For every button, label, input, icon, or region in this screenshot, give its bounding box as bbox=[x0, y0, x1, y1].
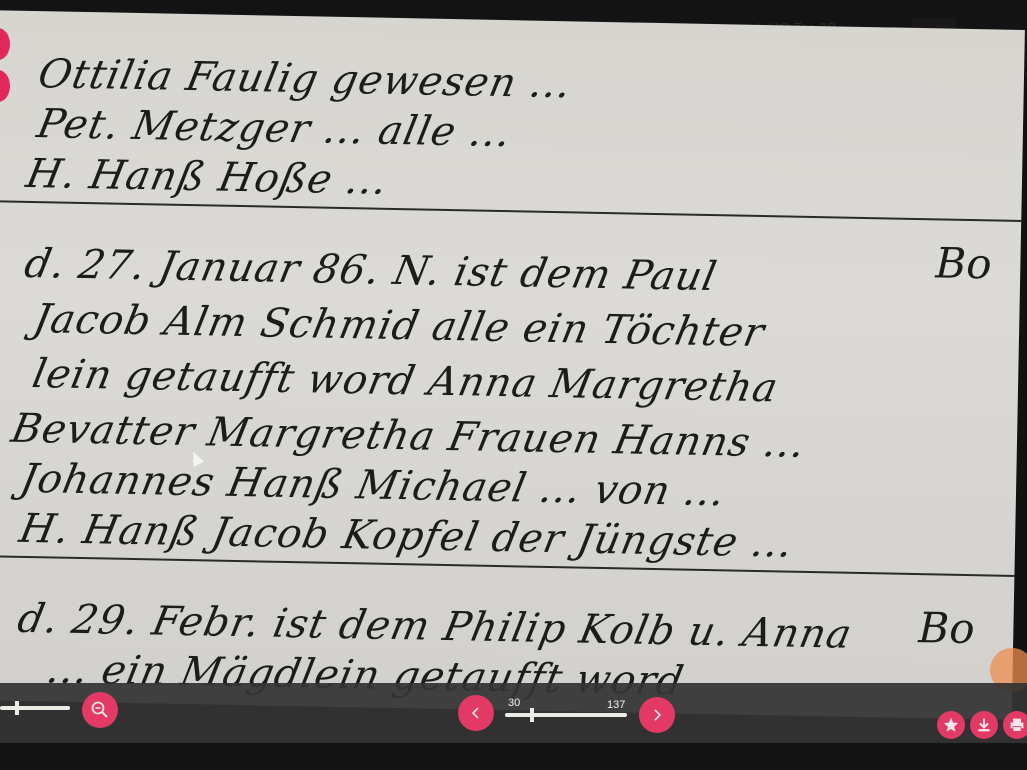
document-page-image: Ottilia Faulig gewesen ... Pet. Metzger … bbox=[0, 10, 1025, 720]
star-icon bbox=[943, 717, 959, 733]
zoom-out-button[interactable] bbox=[82, 692, 118, 728]
page-total: 137 bbox=[607, 699, 625, 711]
margin-note: Bo bbox=[935, 238, 992, 288]
next-page-button[interactable] bbox=[639, 697, 675, 733]
page-slider-thumb[interactable] bbox=[530, 708, 534, 722]
favorite-button[interactable] bbox=[937, 711, 965, 739]
chevron-left-icon bbox=[469, 706, 483, 720]
handwritten-line: Johannes Hanß Michael ... von ... bbox=[17, 456, 730, 515]
page-current: 30 bbox=[508, 697, 520, 709]
download-icon bbox=[976, 717, 992, 733]
handwritten-line: Pet. Metzger ... alle ... bbox=[33, 101, 515, 156]
handwritten-line: d. 27. Januar 86. N. ist dem Paul bbox=[21, 241, 721, 300]
page-slider[interactable] bbox=[505, 713, 627, 717]
zoom-slider[interactable] bbox=[0, 706, 70, 710]
handwritten-line: H. Hanß Hoße ... bbox=[22, 151, 391, 204]
print-icon bbox=[1009, 717, 1025, 733]
screen-bezel bbox=[0, 743, 1027, 770]
print-button[interactable] bbox=[1003, 711, 1027, 739]
chevron-right-icon bbox=[650, 708, 664, 722]
download-button[interactable] bbox=[970, 711, 998, 739]
zoom-slider-thumb[interactable] bbox=[15, 701, 19, 715]
handwritten-line: lein getaufft word Anna Margretha bbox=[29, 351, 783, 411]
handwritten-line: Ottilia Faulig gewesen ... bbox=[34, 51, 575, 107]
divider-line bbox=[0, 200, 1025, 222]
handwritten-line: Jacob Alm Schmid alle ein Töchter bbox=[30, 296, 769, 356]
previous-page-button[interactable] bbox=[458, 695, 494, 731]
viewer-toolbar: 30 137 bbox=[0, 683, 1027, 743]
margin-note: Bo bbox=[918, 603, 975, 653]
zoom-out-icon bbox=[90, 700, 110, 720]
